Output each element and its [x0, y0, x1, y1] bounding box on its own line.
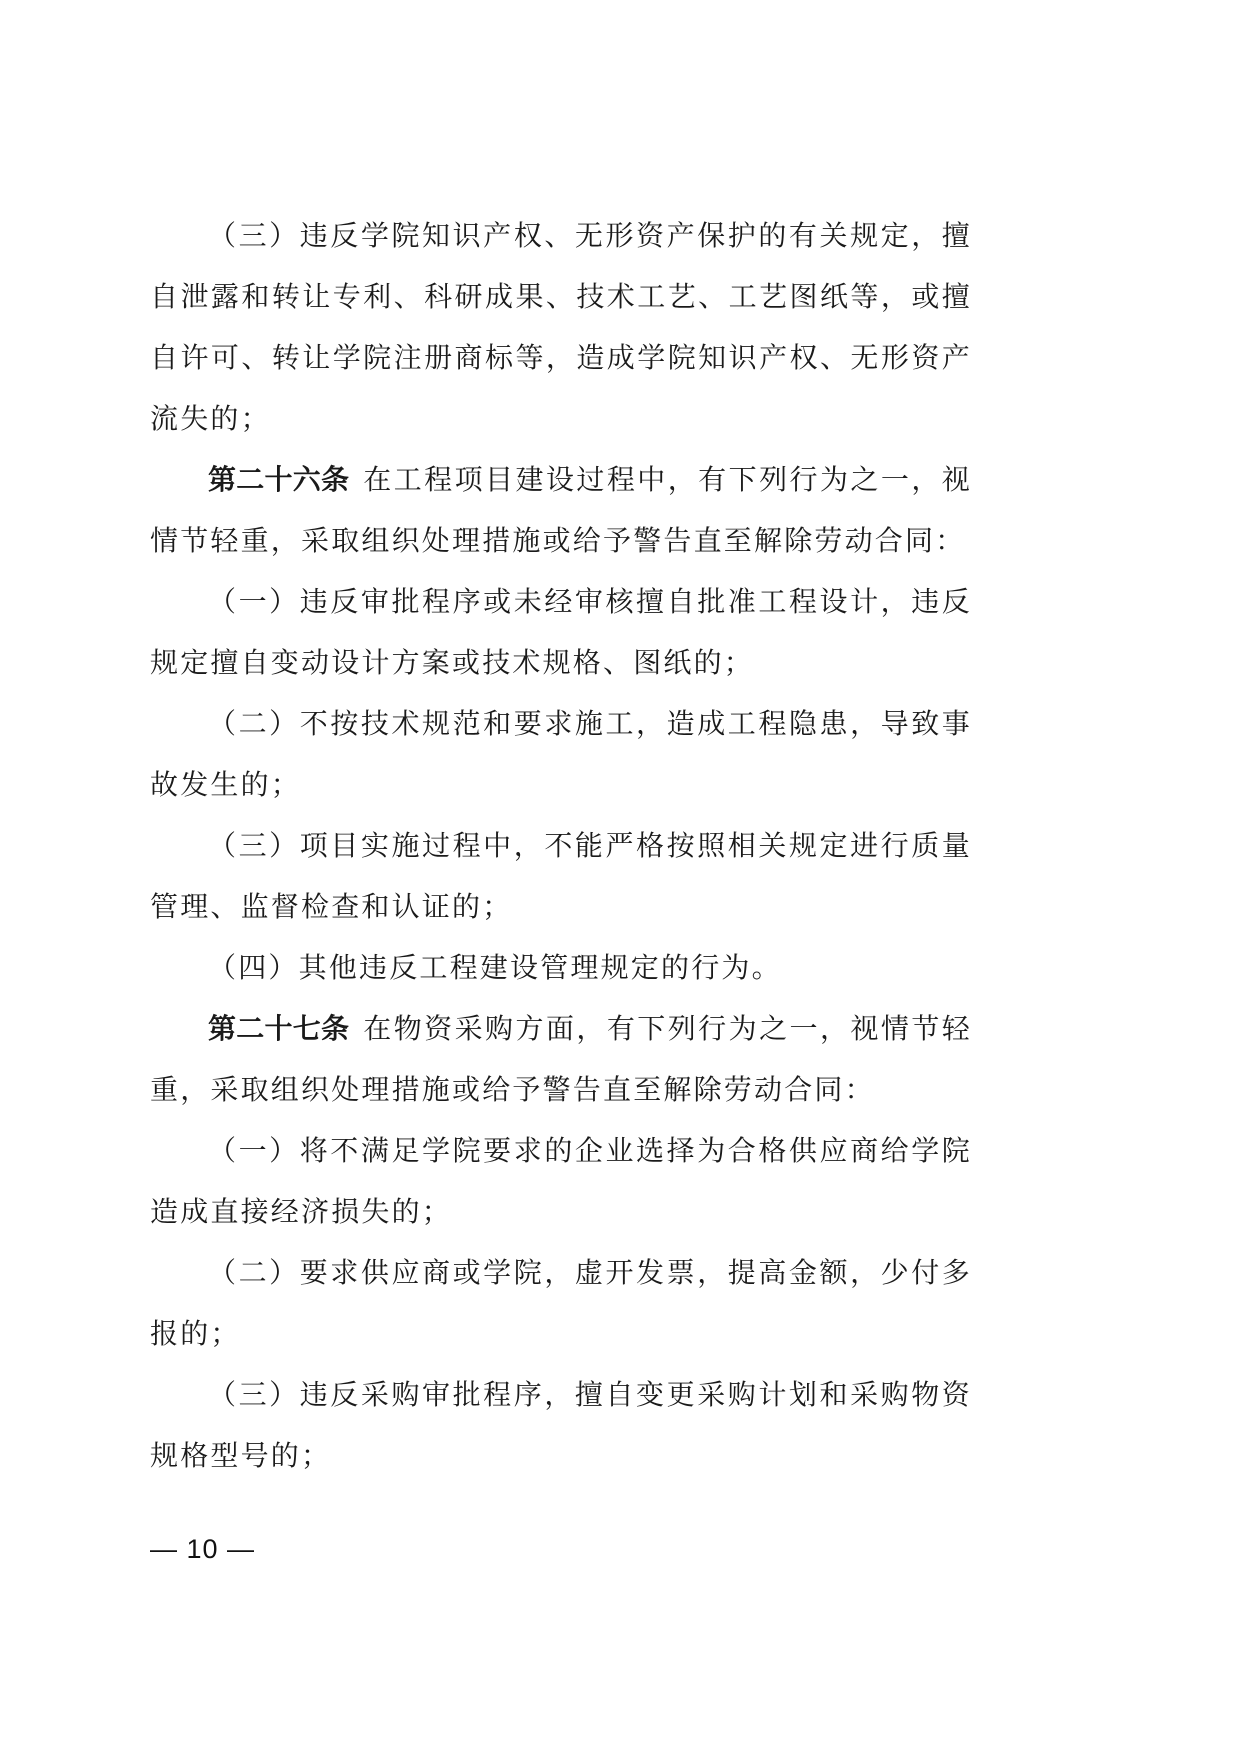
- item-paragraph: （三）违反采购审批程序，擅自变更采购计划和采购物资规格型号的；: [150, 1364, 972, 1486]
- item-paragraph: （一）违反审批程序或未经审核擅自批准工程设计，违反规定擅自变动设计方案或技术规格…: [150, 571, 972, 693]
- article-paragraph: 第二十七条在物资采购方面，有下列行为之一，视情节轻重，采取组织处理措施或给予警告…: [150, 998, 972, 1120]
- page-number: — 10 —: [150, 1534, 255, 1565]
- article-heading: 第二十七条: [208, 1012, 349, 1045]
- item-paragraph: （二）不按技术规范和要求施工，造成工程隐患，导致事故发生的；: [150, 693, 972, 815]
- item-paragraph: （一）将不满足学院要求的企业选择为合格供应商给学院造成直接经济损失的；: [150, 1120, 972, 1242]
- item-paragraph: （三）项目实施过程中，不能严格按照相关规定进行质量管理、监督检查和认证的；: [150, 815, 972, 937]
- article-heading: 第二十六条: [208, 463, 349, 496]
- article-paragraph: 第二十六条在工程项目建设过程中，有下列行为之一，视情节轻重，采取组织处理措施或给…: [150, 449, 972, 571]
- item-paragraph: （四）其他违反工程建设管理规定的行为。: [150, 937, 972, 998]
- document-body: （三）违反学院知识产权、无形资产保护的有关规定，擅自泄露和转让专利、科研成果、技…: [150, 205, 972, 1486]
- item-paragraph: （二）要求供应商或学院，虚开发票，提高金额，少付多报的；: [150, 1242, 972, 1364]
- item-paragraph: （三）违反学院知识产权、无形资产保护的有关规定，擅自泄露和转让专利、科研成果、技…: [150, 205, 972, 449]
